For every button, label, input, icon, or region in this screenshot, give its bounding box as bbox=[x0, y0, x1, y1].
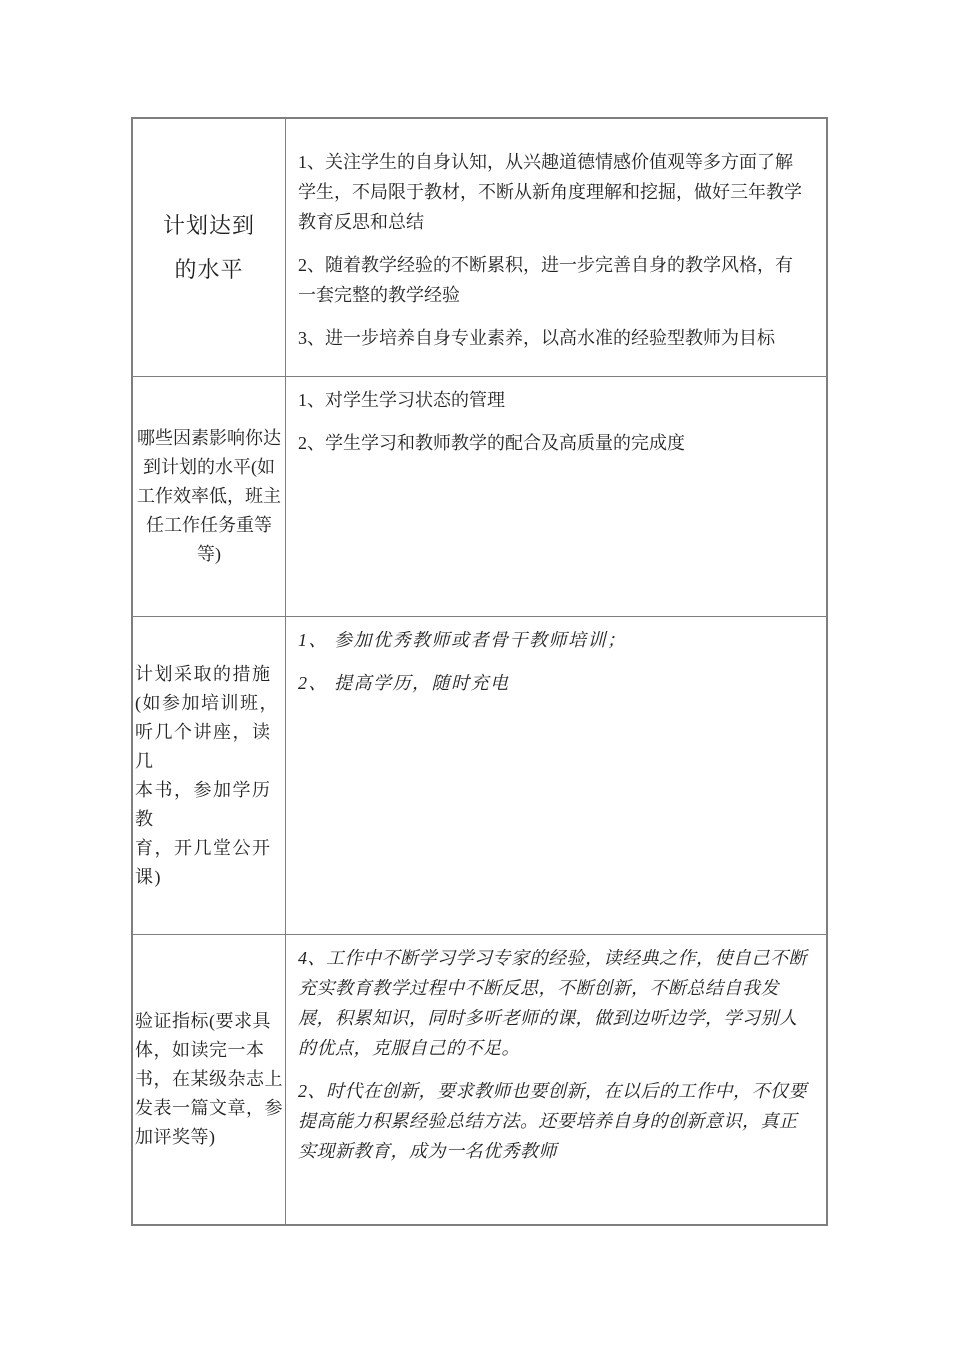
list-item: 4、工作中不断学习学习专家的经验，读经典之作，使自己不断充实教育教学过程中不断反… bbox=[298, 943, 810, 1063]
list-item: 1、关注学生的自身认知，从兴趣道德情感价值观等多方面了解学生，不局限于教材，不断… bbox=[298, 147, 810, 237]
table-row-planned-level: 计划达到 的水平 1、关注学生的自身认知，从兴趣道德情感价值观等多方面了解学生，… bbox=[133, 119, 826, 376]
row-content-influencing-factors: 1、对学生学习状态的管理 2、学生学习和教师教学的配合及高质量的完成度 bbox=[286, 377, 826, 616]
table-row-verification-indicators: 验证指标(要求具 体，如读完一本 书，在某级杂志上 发表一篇文章，参 加评奖等)… bbox=[133, 934, 826, 1224]
list-item: 1、 参加优秀教师或者骨干教师培训； bbox=[298, 625, 810, 655]
list-item: 2、时代在创新，要求教师也要创新，在以后的工作中，不仅要提高能力积累经验总结方法… bbox=[298, 1076, 810, 1166]
row-content-planned-level: 1、关注学生的自身认知，从兴趣道德情感价值观等多方面了解学生，不局限于教材，不断… bbox=[286, 119, 826, 376]
list-item: 2、随着教学经验的不断累积，进一步完善自身的教学风格，有一套完整的教学经验 bbox=[298, 250, 810, 310]
row-content-verification-indicators: 4、工作中不断学习学习专家的经验，读经典之作，使自己不断充实教育教学过程中不断反… bbox=[286, 935, 826, 1224]
list-item: 2、 提高学历，随时充电 bbox=[298, 668, 810, 698]
list-item: 1、对学生学习状态的管理 bbox=[298, 385, 810, 415]
teacher-development-plan-table: 计划达到 的水平 1、关注学生的自身认知，从兴趣道德情感价值观等多方面了解学生，… bbox=[131, 117, 828, 1226]
row-label-planned-measures: 计划采取的措施 (如参加培训班， 听几个讲座，读几 本书，参加学历教 育，开几堂… bbox=[133, 617, 286, 934]
list-item: 2、学生学习和教师教学的配合及高质量的完成度 bbox=[298, 428, 810, 458]
table-row-planned-measures: 计划采取的措施 (如参加培训班， 听几个讲座，读几 本书，参加学历教 育，开几堂… bbox=[133, 616, 826, 934]
row-label-influencing-factors: 哪些因素影响你达 到计划的水平(如 工作效率低，班主 任工作任务重等 等) bbox=[133, 377, 286, 616]
list-item: 3、进一步培养自身专业素养，以高水准的经验型教师为目标 bbox=[298, 323, 810, 353]
document-page: 计划达到 的水平 1、关注学生的自身认知，从兴趣道德情感价值观等多方面了解学生，… bbox=[0, 0, 960, 1357]
table-row-influencing-factors: 哪些因素影响你达 到计划的水平(如 工作效率低，班主 任工作任务重等 等) 1、… bbox=[133, 376, 826, 616]
row-content-planned-measures: 1、 参加优秀教师或者骨干教师培训； 2、 提高学历，随时充电 bbox=[286, 617, 826, 934]
row-label-planned-level: 计划达到 的水平 bbox=[133, 119, 286, 376]
row-label-verification-indicators: 验证指标(要求具 体，如读完一本 书，在某级杂志上 发表一篇文章，参 加评奖等) bbox=[133, 935, 286, 1224]
